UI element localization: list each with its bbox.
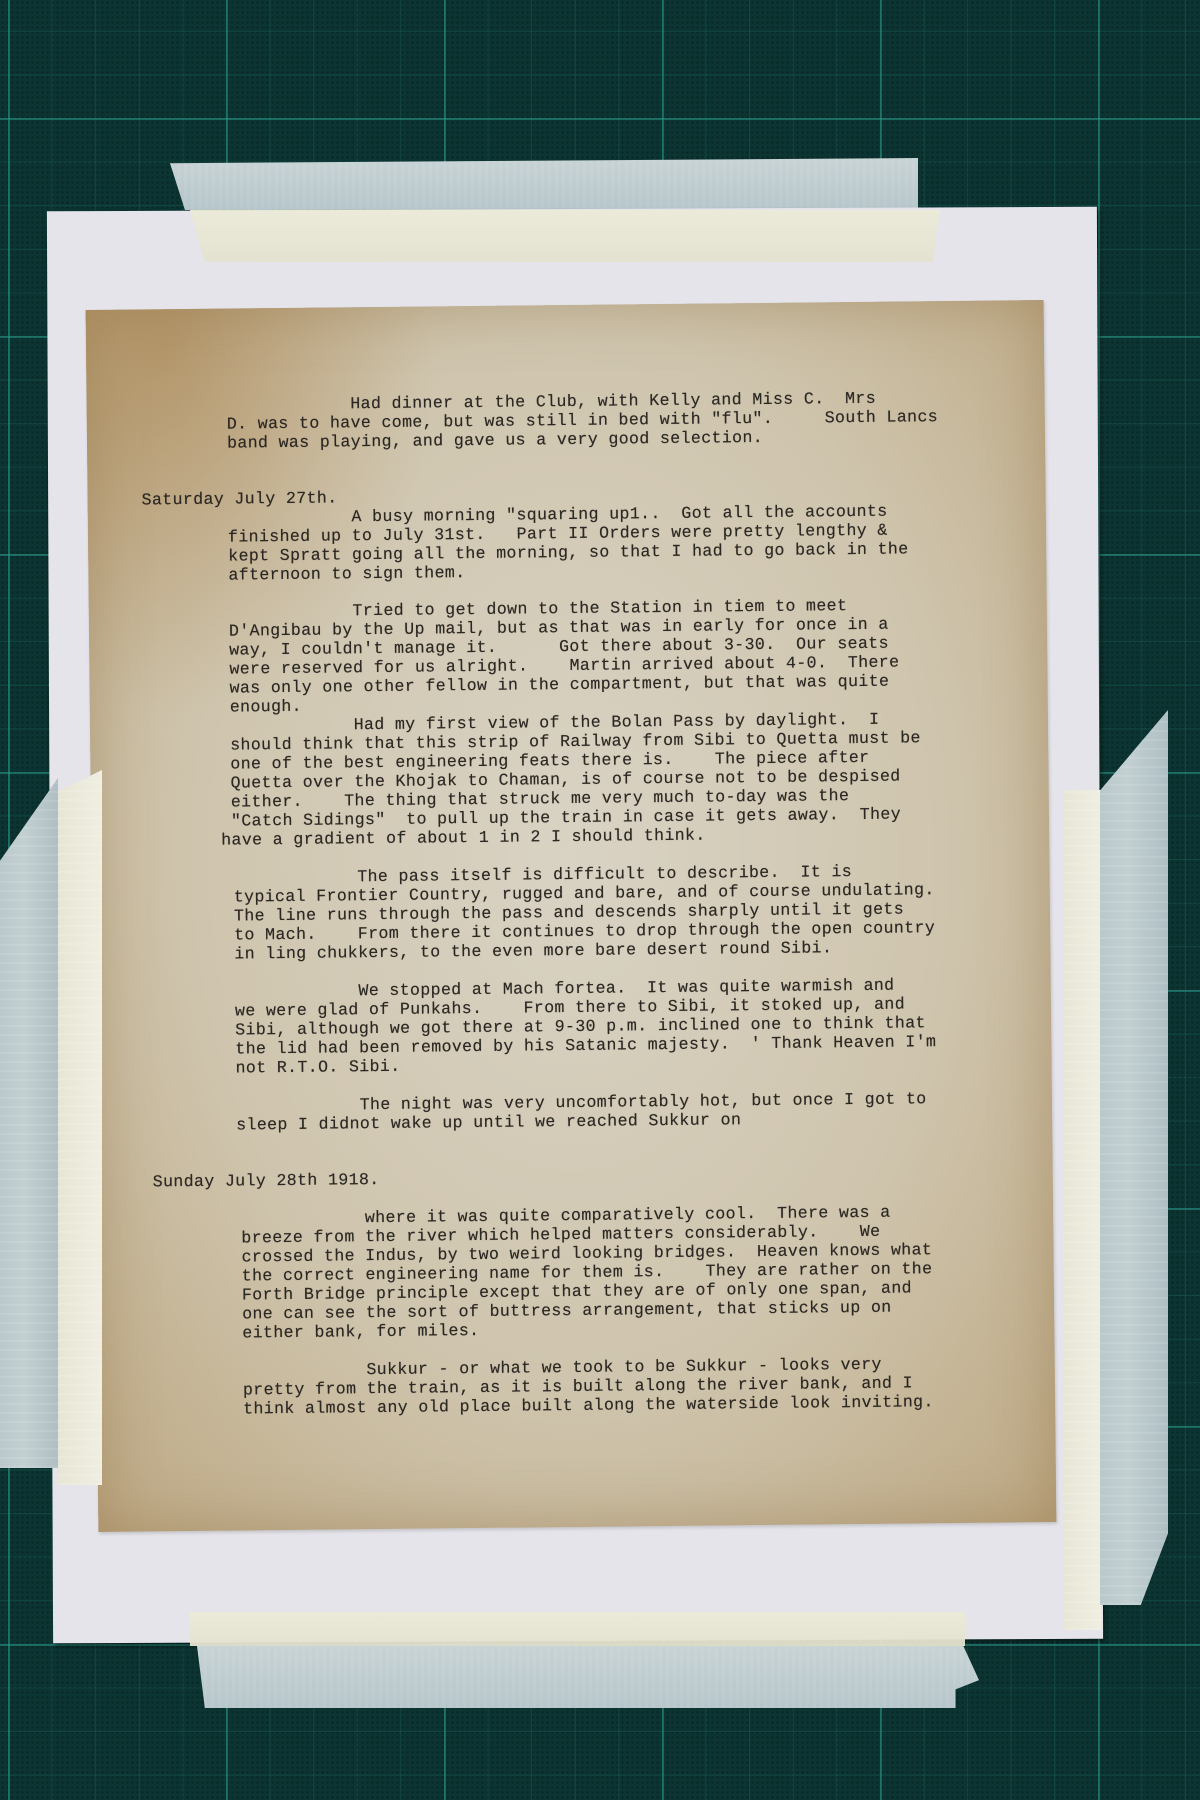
typewritten-page: Had dinner at the Club, with Kelly and M… — [86, 300, 1057, 1532]
bottom-tape — [190, 1612, 965, 1646]
left-tape-translucent — [0, 778, 58, 1468]
right-tape — [1063, 790, 1101, 1630]
text-line: not R.T.O. Sibi. — [235, 1058, 400, 1079]
text-line: either bank, for miles. — [242, 1322, 479, 1343]
page-text: Had dinner at the Club, with Kelly and M… — [86, 300, 1057, 1532]
top-tape — [190, 210, 940, 262]
text-line: enough. — [230, 698, 302, 718]
text-line: one can see the sort of buttress arrange… — [242, 1299, 892, 1325]
text-line: sleep I didnot wake up until we reached … — [236, 1111, 741, 1135]
text-line: in ling chukkers, to the even more bare … — [234, 939, 832, 964]
text-line: afternoon to sign them. — [228, 564, 465, 585]
text-line: band was playing, and gave us a very goo… — [227, 429, 763, 453]
text-line: have a gradient of about 1 in 2 I should… — [221, 827, 706, 851]
top-tape-translucent — [170, 158, 918, 210]
date-heading-sunday: Sunday July 28th 1918. — [153, 1171, 380, 1192]
left-tape — [58, 770, 102, 1485]
right-tape-translucent — [1100, 710, 1168, 1605]
bottom-tape-translucent — [197, 1646, 979, 1708]
